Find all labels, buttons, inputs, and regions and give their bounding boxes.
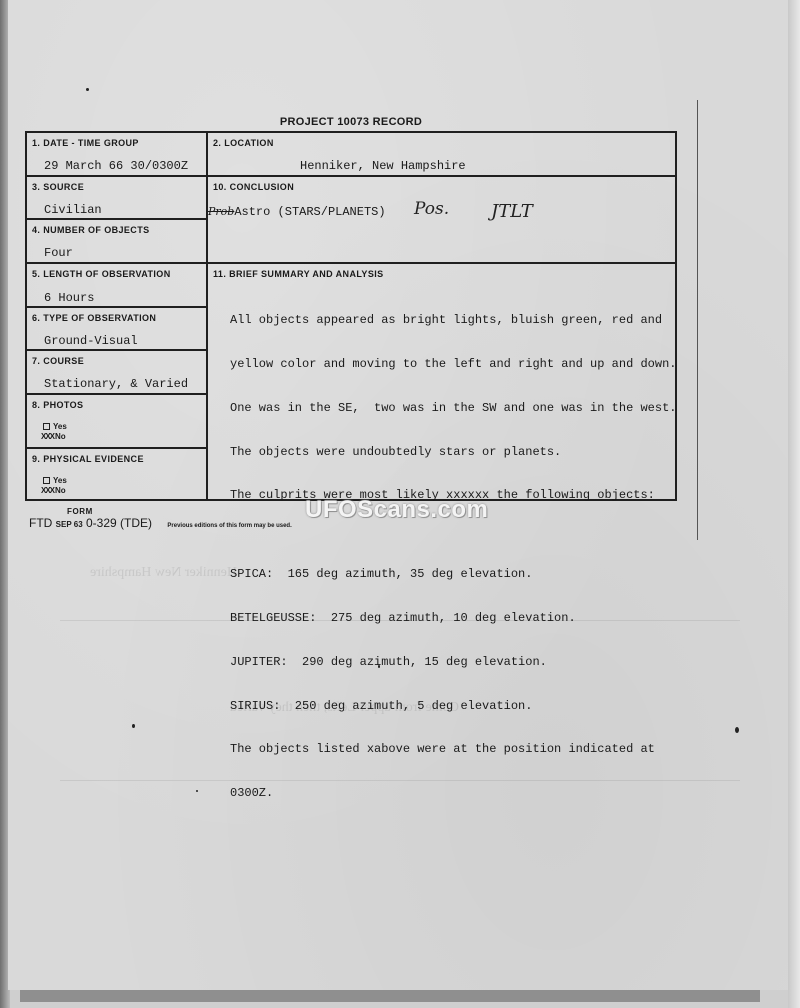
summary-line: yellow color and moving to the left and … (230, 357, 673, 372)
field-value: 6 Hours (44, 291, 94, 305)
field-value: Stationary, & Varied (44, 377, 188, 391)
field-label: 8. PHOTOS (32, 400, 83, 410)
form-label: FORM (67, 507, 93, 516)
field-label: 9. PHYSICAL EVIDENCE (32, 454, 144, 464)
scan-speck (86, 88, 89, 91)
field-label: 5. LENGTH OF OBSERVATION (32, 269, 171, 279)
form-title: PROJECT 10073 RECORD (25, 116, 677, 128)
object-position-line: BETELGEUSSE: 275 deg azimuth, 10 deg ele… (230, 611, 673, 626)
field-length-of-observation: 5. LENGTH OF OBSERVATION 6 Hours (27, 264, 206, 306)
object-position-line: JUPITER: 290 deg azimuth, 15 deg elevati… (230, 655, 673, 670)
summary-line: All objects appeared as bright lights, b… (230, 313, 673, 328)
checkbox-checked-icon: XXX (41, 432, 54, 441)
object-position-line: SPICA: 165 deg azimuth, 35 deg elevation… (230, 567, 673, 582)
handwritten-initials: JTLT (491, 201, 533, 222)
checkbox-checked-icon: XXX (41, 486, 54, 495)
scan-speck (378, 665, 380, 668)
record-form: 1. DATE - TIME GROUP 29 March 66 30/0300… (25, 131, 677, 501)
field-course: 7. COURSE Stationary, & Varied (27, 351, 206, 393)
handwritten-annotation: Pos. (414, 199, 449, 219)
watermark: UFOScans.com (305, 496, 488, 524)
summary-line: The objects listed xabove were at the po… (230, 742, 673, 757)
field-label: 1. DATE - TIME GROUP (32, 138, 139, 148)
field-physical-evidence: 9. PHYSICAL EVIDENCE Yes XXXNo (27, 449, 206, 501)
bleed-through-text: Henniker New Hampshire (90, 565, 237, 581)
scan-speck (196, 790, 198, 792)
field-type-of-observation: 6. TYPE OF OBSERVATION Ground-Visual (27, 308, 206, 349)
scan-bottom-edge (20, 990, 760, 1002)
field-location: 2. LOCATION Henniker, New Hampshire (208, 133, 675, 175)
checkbox-empty-icon (43, 477, 50, 484)
field-number-of-objects: 4. NUMBER OF OBJECTS Four (27, 220, 206, 262)
struck-prefix: Prob (208, 205, 234, 218)
field-source: 3. SOURCE Civilian (27, 177, 206, 218)
field-value: Civilian (44, 203, 102, 217)
form-edition-note: Previous editions of this form may be us… (167, 523, 291, 529)
object-position-line: SIRIUS: 250 deg azimuth, 5 deg elevation… (230, 699, 673, 714)
photos-yes-option[interactable]: Yes (43, 422, 67, 431)
field-label: 10. CONCLUSION (213, 182, 294, 192)
field-label: 11. BRIEF SUMMARY AND ANALYSIS (213, 269, 384, 279)
field-label: 6. TYPE OF OBSERVATION (32, 313, 156, 323)
field-value: Henniker, New Hampshire (300, 159, 466, 173)
summary-line: One was in the SE, two was in the SW and… (230, 401, 673, 416)
field-value: 29 March 66 30/0300Z (44, 159, 188, 173)
summary-text: All objects appeared as bright lights, b… (230, 284, 673, 830)
scan-speck (735, 727, 739, 733)
field-photos: 8. PHOTOS Yes XXXNo (27, 395, 206, 447)
field-label: 4. NUMBER OF OBJECTS (32, 225, 150, 235)
field-label: 7. COURSE (32, 356, 84, 366)
field-label: 2. LOCATION (213, 138, 274, 148)
field-conclusion: 10. CONCLUSION ProbAstro (STARS/PLANETS)… (208, 177, 675, 262)
margin-rule (697, 100, 698, 540)
photos-no-option[interactable]: XXXNo (41, 432, 66, 441)
evidence-yes-option[interactable]: Yes (43, 476, 67, 485)
form-identifier: FTD SEP 63 0-329 (TDE) Previous editions… (29, 516, 292, 530)
summary-line: 0300Z. (230, 786, 673, 801)
evidence-no-option[interactable]: XXXNo (41, 486, 66, 495)
field-value: Four (44, 246, 73, 260)
field-value: ProbAstro (STARS/PLANETS) (208, 205, 386, 219)
scan-right-edge (788, 0, 800, 1008)
summary-line: The objects were undoubtedly stars or pl… (230, 445, 673, 460)
field-date-time-group: 1. DATE - TIME GROUP 29 March 66 30/0300… (27, 133, 206, 175)
field-label: 3. SOURCE (32, 182, 84, 192)
field-value: Ground-Visual (44, 334, 138, 348)
field-summary: 11. BRIEF SUMMARY AND ANALYSIS All objec… (208, 264, 675, 499)
scan-speck (132, 724, 135, 728)
checkbox-empty-icon (43, 423, 50, 430)
